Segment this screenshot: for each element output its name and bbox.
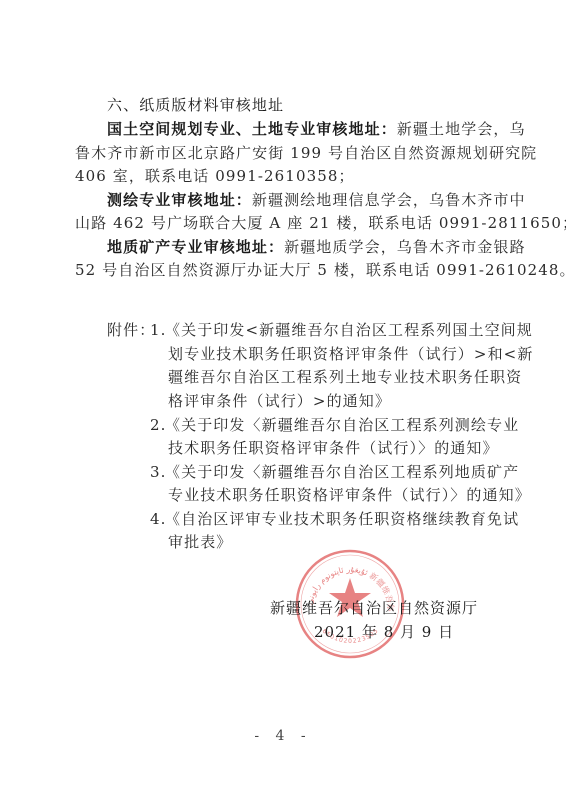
section-heading: 六、纸质版材料审核地址 xyxy=(107,95,284,115)
attachment-3-line: 《关于印发〈新疆维吾尔自治区工程系列地质矿产 xyxy=(165,462,519,482)
address-survey-line1: 测绘专业审核地址：新疆测绘地理信息学会，乌鲁木齐市中 xyxy=(107,190,526,210)
attachment-1-line: 格评审条件（试行）>的通知》 xyxy=(168,391,391,411)
attachment-1-line: 《关于印发<新疆维吾尔自治区工程系列国土空间规 xyxy=(165,320,533,340)
document-page: 六、纸质版材料审核地址 国土空间规划专业、土地专业审核地址：新疆土地学会，乌 鲁… xyxy=(0,0,566,800)
address-text: 新疆地质学会，乌鲁木齐市金银路 xyxy=(284,238,526,256)
attachment-3-line: 专业技术职务任职资格评审条件（试行）〉的通知》 xyxy=(168,485,531,505)
attachment-2-line: 技术职务任职资格评审条件（试行）〉的通知》 xyxy=(168,438,499,458)
issuing-organization: 新疆维吾尔自治区自然资源厅 xyxy=(270,598,478,618)
address-text: 新疆土地学会，乌 xyxy=(397,120,526,138)
attachment-2-line: 《关于印发〈新疆维吾尔自治区工程系列测绘专业 xyxy=(165,415,519,435)
address-land-line1: 国土空间规划专业、土地专业审核地址：新疆土地学会，乌 xyxy=(107,119,526,139)
issue-date: 2021 年 8 月 9 日 xyxy=(314,622,454,642)
address-label: 测绘专业审核地址： xyxy=(107,191,252,209)
address-land-line3: 406 室，联系电话 0991-2610358； xyxy=(75,166,355,186)
address-land-line2: 鲁木齐市新市区北京路广安街 199 号自治区自然资源规划研究院 xyxy=(75,143,537,163)
address-geology-line2: 52 号自治区自然资源厅办证大厅 5 楼，联系电话 0991-2610248。 xyxy=(75,260,566,280)
attachment-1-line: 疆维吾尔自治区工程系列土地专业技术职务任职资 xyxy=(168,367,522,387)
address-label: 地质矿产专业审核地址： xyxy=(107,238,284,256)
attachment-4-line: 《自治区评审专业技术职务任职资格继续教育免试 xyxy=(165,509,519,529)
attachment-1-line: 划专业技术职务任职资格评审条件（试行）>和<新 xyxy=(168,344,533,364)
address-label: 国土空间规划专业、土地专业审核地址： xyxy=(107,120,397,138)
address-survey-line2: 山路 462 号广场联合大厦 A 座 21 楼，联系电话 0991-281165… xyxy=(75,213,566,233)
address-geology-line1: 地质矿产专业审核地址：新疆地质学会，乌鲁木齐市金银路 xyxy=(107,237,526,257)
address-text: 新疆测绘地理信息学会，乌鲁木齐市中 xyxy=(252,191,526,209)
page-number: - 4 - xyxy=(0,728,566,744)
attachment-4-line: 审批表》 xyxy=(168,532,232,552)
attachments-label: 附件： xyxy=(107,320,155,340)
